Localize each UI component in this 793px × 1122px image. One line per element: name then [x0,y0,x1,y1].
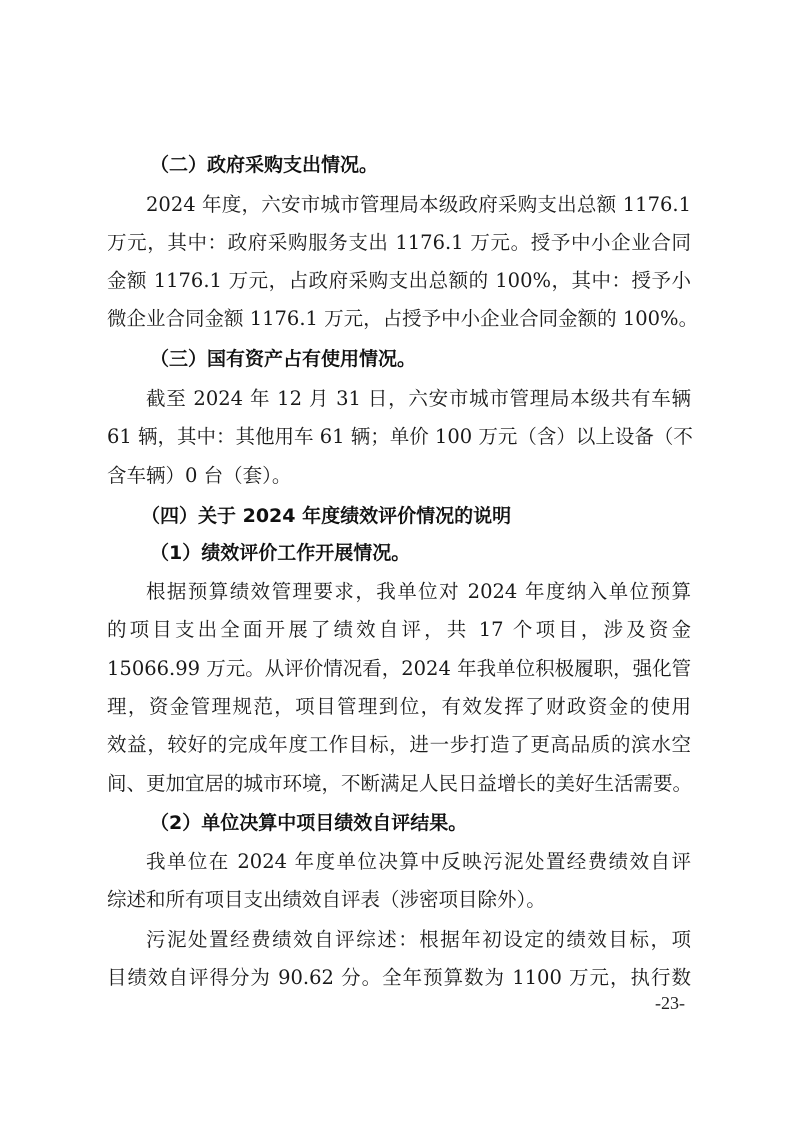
paragraph-line: 2024 年度，六安市城市管理局本级政府采购支出总额 1176.1 [146,193,691,217]
paragraph-line: 间、更加宜居的城市环境，不断满足人民日益增长的美好生活需要。 [107,772,691,796]
paragraph-line: 效益，较好的完成年度工作目标，进一步打造了更高品质的滨水空 [107,733,691,757]
paragraph-line: 15066.99 万元。从评价情况看，2024 年我单位积极履职，强化管 [107,657,691,681]
paragraph-line: 综述和所有项目支出绩效自评表（涉密项目除外）。 [107,888,691,912]
section-heading-assets: （三）国有资产占有使用情况。 [150,347,416,371]
paragraph-line: 61 辆，其中：其他用车 61 辆；单价 100 万元（含）以上设备（不 [107,425,691,449]
paragraph-line: 根据预算绩效管理要求，我单位对 2024 年度纳入单位预算 [146,580,691,604]
section-heading-performance: （四）关于 2024 年度绩效评价情况的说明 [141,504,511,528]
page-number: -23- [655,992,685,1014]
subsection-heading-evaluation-work: （1）绩效评价工作开展情况。 [150,541,410,565]
paragraph-line: 理，资金管理规范，项目管理到位，有效发挥了财政资金的使用 [107,695,691,719]
paragraph-line: 污泥处置经费绩效自评综述：根据年初设定的绩效目标，项 [146,928,691,952]
section-heading-procurement: （二）政府采购支出情况。 [150,153,378,177]
paragraph-line: 的项目支出全面开展了绩效自评，共 17 个项目，涉及资金 [107,618,691,642]
paragraph-line: 截至 2024 年 12 月 31 日，六安市城市管理局本级共有车辆 [146,387,691,411]
paragraph-line: 目绩效自评得分为 90.62 分。全年预算数为 1100 万元，执行数 [107,966,691,990]
paragraph-line: 含车辆）0 台（套）。 [107,464,691,488]
subsection-heading-self-evaluation-results: （2）单位决算中项目绩效自评结果。 [150,811,467,835]
paragraph-line: 微企业合同金额 1176.1 万元，占授予中小企业合同金额的 100%。 [107,307,691,331]
paragraph-line: 我单位在 2024 年度单位决算中反映污泥处置经费绩效自评 [146,850,691,874]
paragraph-line: 金额 1176.1 万元，占政府采购支出总额的 100%，其中：授予小 [107,269,691,293]
document-page: （二）政府采购支出情况。 2024 年度，六安市城市管理局本级政府采购支出总额 … [0,0,793,1122]
paragraph-line: 万元，其中：政府采购服务支出 1176.1 万元。授予中小企业合同 [107,231,691,255]
